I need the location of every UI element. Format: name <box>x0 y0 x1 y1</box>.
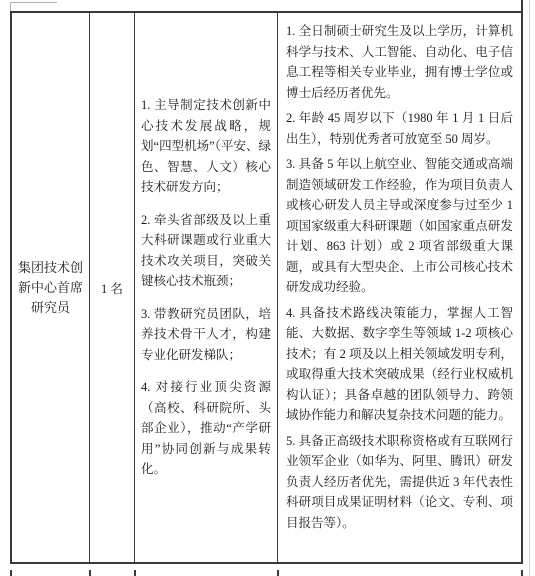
job-posting-table: 集团技术创新中心首席研究员 1 名 1. 主导制定技术创新中心技术发展战略，规划… <box>10 11 523 564</box>
requirements-cell: 1. 全日制硕士研究生及以上学历，计算机科学与技术、人工智能、自动化、电子信息工… <box>278 13 521 562</box>
requirement-item: 2. 年龄 45 周岁以下（1980 年 1 月 1 日后出生），特别优秀者可放… <box>286 108 513 149</box>
top-left-corner-vertical-border-fragment <box>10 2 11 11</box>
next-row-vertical-border-fragment <box>10 570 12 576</box>
next-row-vertical-border-fragment <box>134 570 136 576</box>
right-outer-border-line <box>529 0 530 576</box>
duty-item: 3. 带教研究员团队，培养技术骨干人才，构建专业化研发梯队； <box>141 304 271 366</box>
top-left-corner-horizontal-border-fragment <box>10 2 57 3</box>
duty-item: 2. 牵头省部级及以上重大科研课题或行业重大技术攻关项目，突破关键核心技术瓶颈； <box>141 210 271 292</box>
next-row-vertical-border-fragment <box>89 570 91 576</box>
headcount-value: 1 名 <box>101 279 123 297</box>
requirement-item: 4. 具备技术路线决策能力，掌握人工智能、大数据、数字孪生等领域 1-2 项核心… <box>286 303 513 426</box>
headcount-cell: 1 名 <box>90 13 135 562</box>
document-table-screenshot: 集团技术创新中心首席研究员 1 名 1. 主导制定技术创新中心技术发展战略，规划… <box>0 0 535 576</box>
requirement-item: 5. 具备正高级技术职称资格或有互联网行业领军企业（如华为、阿里、腾讯）研发负责… <box>286 431 513 534</box>
position-cell: 集团技术创新中心首席研究员 <box>12 13 90 562</box>
duty-item: 4. 对接行业顶尖资源（高校、科研院所、头部企业），推动“产学研用”协同创新与成… <box>141 377 271 480</box>
position-name: 集团技术创新中心首席研究员 <box>13 258 88 318</box>
requirement-item: 3. 具备 5 年以上航空业、智能交通或高端制造领域研发工作经验，作为项目负责人… <box>286 154 513 298</box>
next-row-vertical-border-fragment <box>277 570 279 576</box>
top-right-vertical-border-fragment <box>521 0 523 11</box>
duty-item: 1. 主导制定技术创新中心技术发展战略，规划“四型机场”（平安、绿色、智慧、人文… <box>141 95 271 198</box>
next-row-vertical-border-fragment <box>521 570 523 576</box>
duties-cell: 1. 主导制定技术创新中心技术发展战略，规划“四型机场”（平安、绿色、智慧、人文… <box>135 13 278 562</box>
requirement-item: 1. 全日制硕士研究生及以上学历，计算机科学与技术、人工智能、自动化、电子信息工… <box>286 21 513 103</box>
